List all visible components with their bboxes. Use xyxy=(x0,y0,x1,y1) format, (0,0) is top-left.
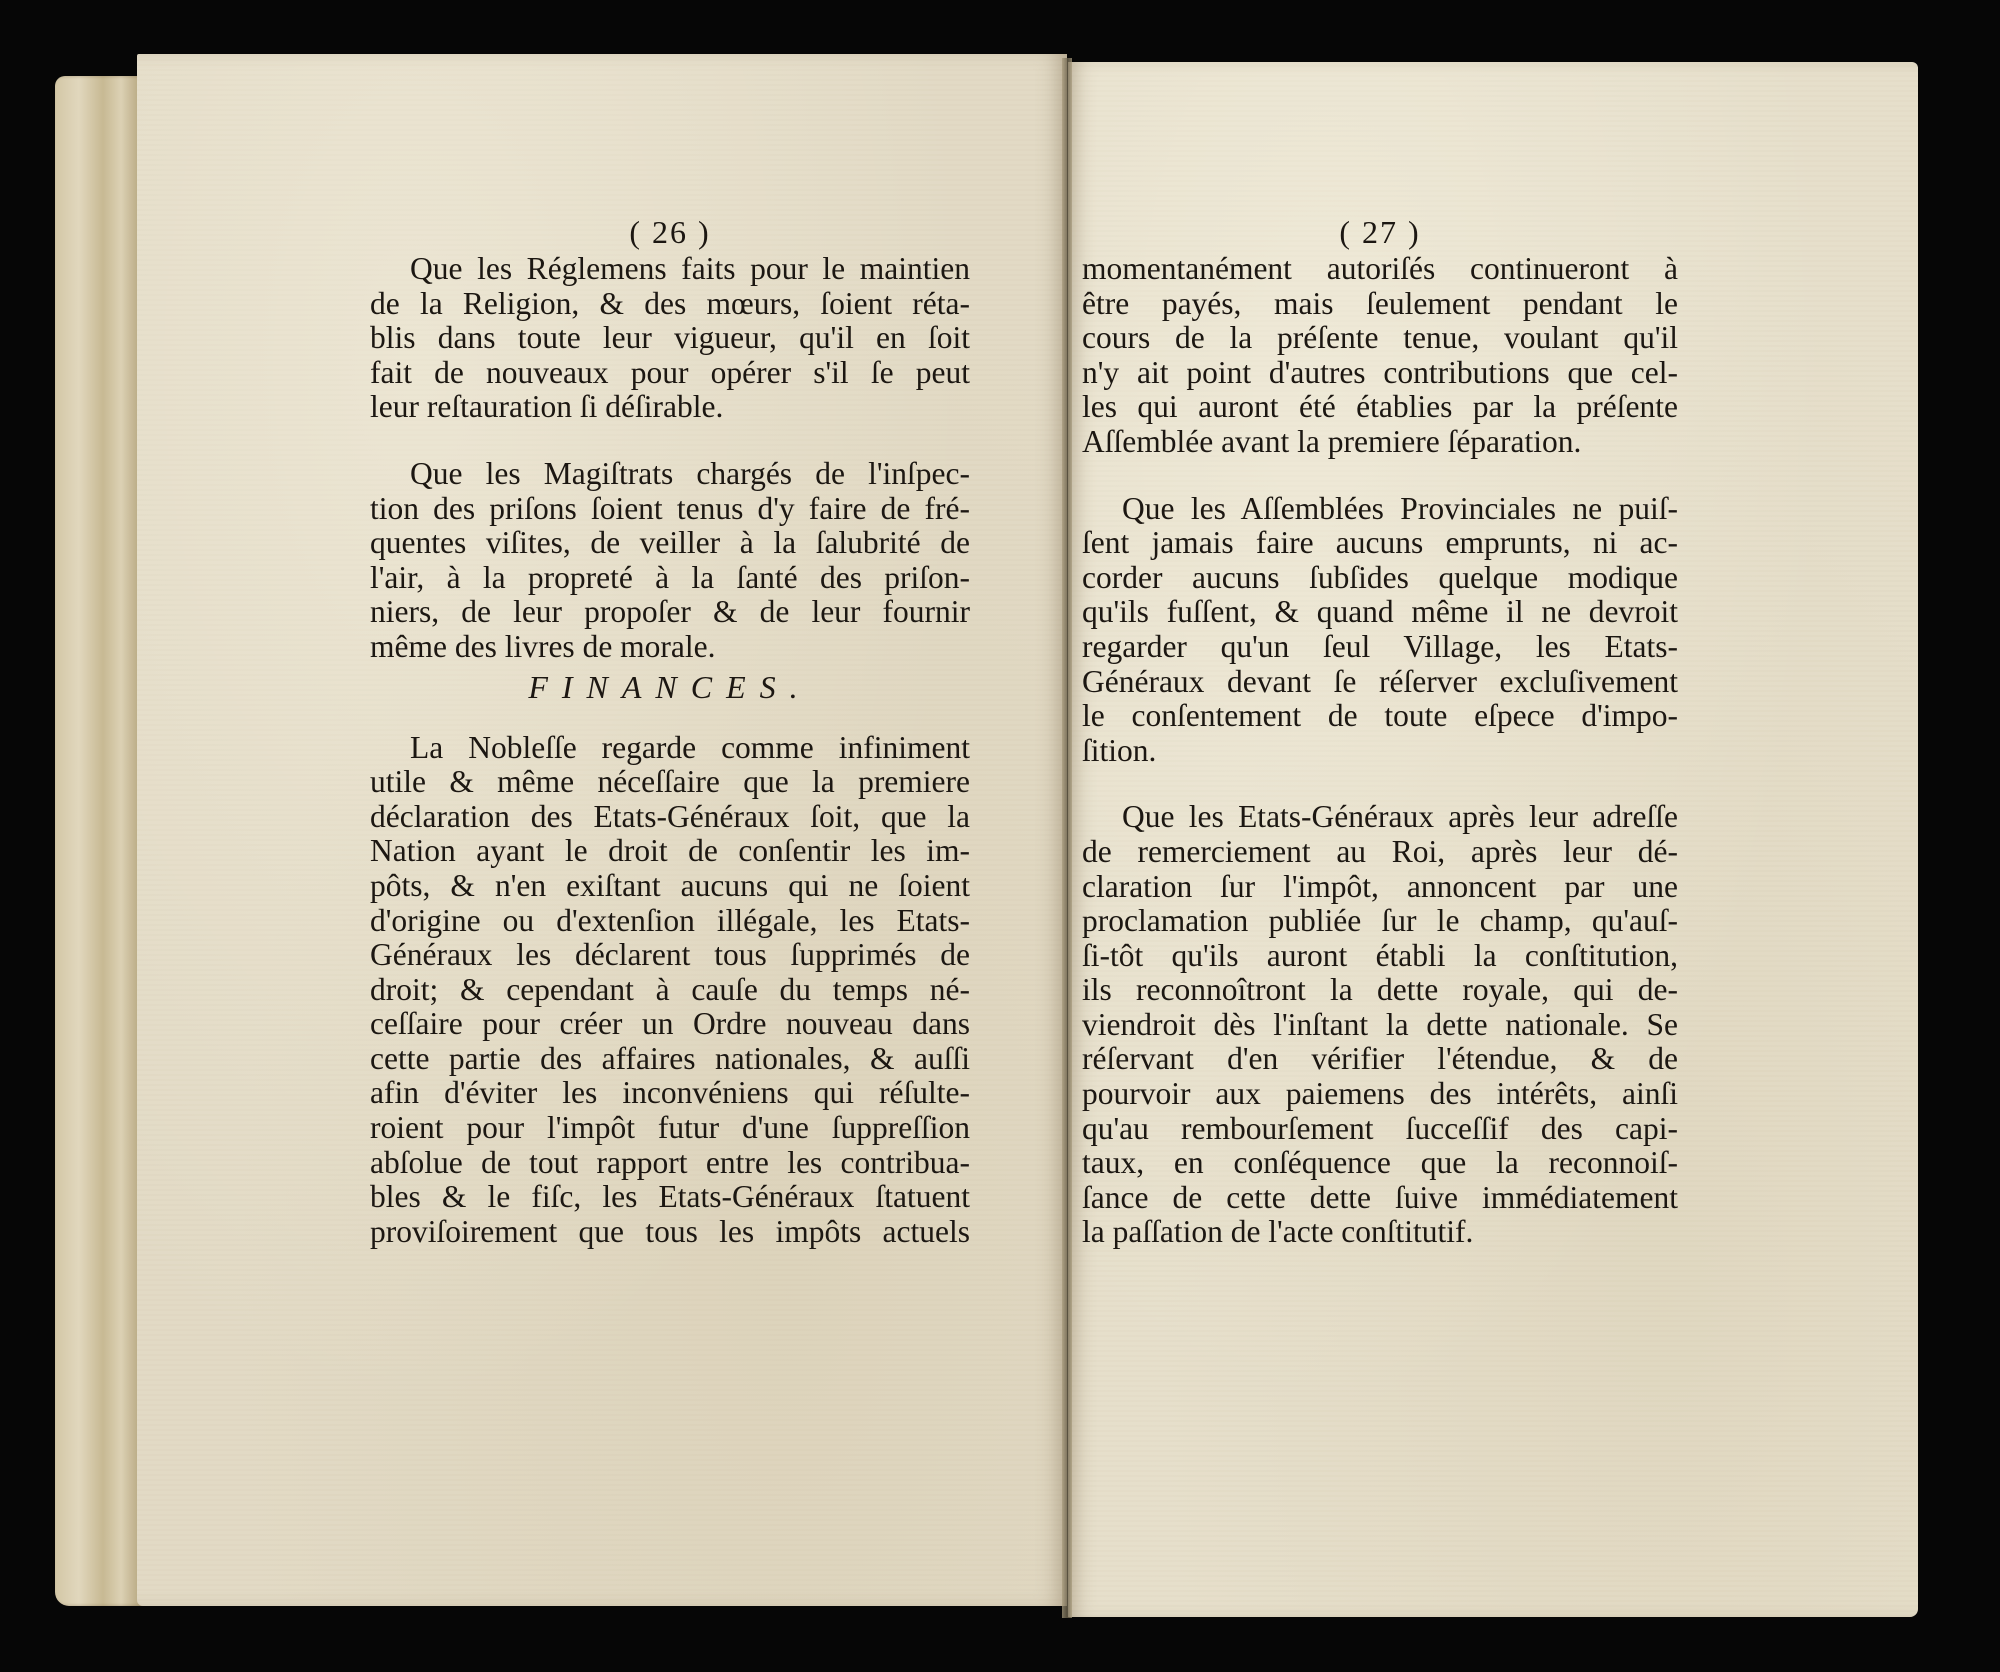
text-line: de remerciement au Roi, après leur dé- xyxy=(1082,835,1678,870)
text-line: ſition. xyxy=(1082,734,1678,769)
text-line: Que les Aſſemblées Provinciales ne puiſ- xyxy=(1082,492,1678,527)
text-line: qu'ils fuſſent, & quand même il ne devro… xyxy=(1082,595,1678,630)
text-line: le conſentement de toute eſpece d'impo- xyxy=(1082,699,1678,734)
text-line: proclamation publiée ſur le champ, qu'au… xyxy=(1082,904,1678,939)
book-gutter xyxy=(1062,58,1072,1618)
text-line: momentanément autoriſés continueront à xyxy=(1082,252,1678,287)
text-line: roient pour l'impôt futur d'une ſuppreſſ… xyxy=(370,1111,970,1146)
scan-scene: ( 26 ) Que les Réglemens faits pour le m… xyxy=(0,0,2000,1672)
text-line: afin d'éviter les inconvéniens qui réſul… xyxy=(370,1076,970,1111)
text-line: La Nobleſſe regarde comme infiniment xyxy=(370,731,970,766)
text-line: tion des priſons ſoient tenus d'y faire … xyxy=(370,492,970,527)
paragraph-assemblees-provinciales: Que les Aſſemblées Provinciales ne puiſ-… xyxy=(1082,492,1678,769)
text-line: la paſſation de l'acte conſtitutif. xyxy=(1082,1215,1678,1250)
text-line: Que les Réglemens faits pour le maintien xyxy=(370,252,970,287)
text-line: claration ſur l'impôt, annoncent par une xyxy=(1082,870,1678,905)
text-line: déclaration des Etats-Généraux ſoit, que… xyxy=(370,800,970,835)
text-line: leur reſtauration ſi déſirable. xyxy=(370,390,970,425)
text-line: blis dans toute leur vigueur, qu'il en ſ… xyxy=(370,321,970,356)
text-line: être payés, mais ſeulement pendant le xyxy=(1082,287,1678,322)
paragraph-noblesse: La Nobleſſe regarde comme infiniment uti… xyxy=(370,731,970,1250)
text-line: proviſoirement que tous les impôts actue… xyxy=(370,1215,970,1250)
text-line: quentes viſites, de veiller à la ſalubri… xyxy=(370,526,970,561)
text-line: pôts, & n'en exiſtant aucuns qui ne ſoie… xyxy=(370,869,970,904)
text-line: cours de la préſente tenue, voulant qu'i… xyxy=(1082,321,1678,356)
text-line: même des livres de morale. xyxy=(370,630,970,665)
text-line: ceſſaire pour créer un Ordre nouveau dan… xyxy=(370,1007,970,1042)
left-page-text: ( 26 ) Que les Réglemens faits pour le m… xyxy=(370,212,970,1249)
text-line: droit; & cependant à cauſe du temps né- xyxy=(370,973,970,1008)
text-line: Généraux les déclarent tous ſupprimés de xyxy=(370,938,970,973)
paragraph-continuation: momentanément autoriſés continueront à ê… xyxy=(1082,252,1678,460)
text-line: ils reconnoîtront la dette royale, qui d… xyxy=(1082,973,1678,1008)
text-line: cette partie des affaires nationales, & … xyxy=(370,1042,970,1077)
paragraph-religion: Que les Réglemens faits pour le maintien… xyxy=(370,252,970,425)
text-line: Généraux devant ſe réſerver excluſivemen… xyxy=(1082,665,1678,700)
text-line: l'air, à la propreté à la ſanté des priſ… xyxy=(370,561,970,596)
text-line: viendroit dès l'inſtant la dette nationa… xyxy=(1082,1008,1678,1043)
text-line: qu'au rembourſement ſucceſſif des capi- xyxy=(1082,1112,1678,1147)
page-number-26: ( 26 ) xyxy=(370,212,970,252)
text-line: utile & même néceſſaire que la premiere xyxy=(370,765,970,800)
text-line: abſolue de tout rapport entre les contri… xyxy=(370,1146,970,1181)
text-line: niers, de leur propoſer & de leur fourni… xyxy=(370,595,970,630)
text-line: d'origine ou d'extenſion illégale, les E… xyxy=(370,904,970,939)
text-line: réſervant d'en vérifier l'étendue, & de xyxy=(1082,1042,1678,1077)
text-line: Nation ayant le droit de conſentir les i… xyxy=(370,834,970,869)
text-line: Aſſemblée avant la premiere ſéparation. xyxy=(1082,425,1678,460)
text-line: regarder qu'un ſeul Village, les Etats- xyxy=(1082,630,1678,665)
text-line: ſent jamais faire aucuns emprunts, ni ac… xyxy=(1082,526,1678,561)
text-line: bles & le fiſc, les Etats-Généraux ſtatu… xyxy=(370,1180,970,1215)
text-line: pourvoir aux paiemens des intérêts, ainſ… xyxy=(1082,1077,1678,1112)
right-page-text: ( 27 ) momentanément autoriſés continuer… xyxy=(1082,212,1678,1250)
text-line: ſance de cette dette ſuive immédiatement xyxy=(1082,1181,1678,1216)
page-number-27: ( 27 ) xyxy=(1082,212,1678,252)
text-line: ſi-tôt qu'ils auront établi la conſtitut… xyxy=(1082,939,1678,974)
text-line: taux, en conſéquence que la reconnoiſ- xyxy=(1082,1146,1678,1181)
paragraph-dette-royale: Que les Etats-Généraux après leur adreſſ… xyxy=(1082,800,1678,1250)
text-line: Que les Etats-Généraux après leur adreſſ… xyxy=(1082,800,1678,835)
text-line: n'y ait point d'autres contributions que… xyxy=(1082,356,1678,391)
text-line: corder aucuns ſubſides quelque modique xyxy=(1082,561,1678,596)
paragraph-magistrats: Que les Magiſtrats chargés de l'inſpec- … xyxy=(370,457,970,665)
text-line: les qui auront été établies par la préſe… xyxy=(1082,390,1678,425)
text-line: Que les Magiſtrats chargés de l'inſpec- xyxy=(370,457,970,492)
text-line: fait de nouveaux pour opérer s'il ſe peu… xyxy=(370,356,970,391)
text-line: de la Religion, & des mœurs, ſoient réta… xyxy=(370,287,970,322)
section-heading-finances: FINANCES. xyxy=(370,665,970,709)
